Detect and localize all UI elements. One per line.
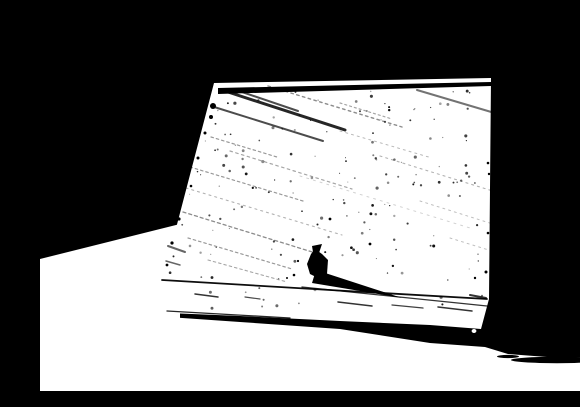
speckle [352, 248, 355, 251]
edge-nick [209, 115, 213, 119]
speckle [261, 160, 264, 163]
speckle [366, 110, 368, 112]
surface-fleck [485, 271, 488, 274]
speckle [477, 253, 479, 255]
edge-nick [488, 173, 490, 175]
speckle [278, 278, 279, 279]
speckle [409, 119, 411, 121]
speckle [341, 254, 343, 256]
speckle [290, 180, 292, 182]
speckle [350, 246, 353, 249]
speckle [388, 106, 390, 108]
speckle [301, 210, 303, 212]
speckle [293, 192, 294, 193]
speckle [375, 213, 378, 216]
surface-fleck [293, 274, 296, 277]
speckle [372, 132, 374, 134]
speckle [346, 215, 348, 217]
speckle [453, 91, 454, 92]
surface-fleck [474, 277, 476, 279]
speckle [199, 251, 201, 253]
speckle [358, 212, 359, 213]
speckle [214, 149, 216, 151]
surface-fleck [286, 277, 288, 279]
speckle [241, 206, 243, 208]
speckle [413, 182, 415, 184]
speckle [317, 99, 318, 100]
speckle [369, 229, 370, 230]
speckle [401, 272, 404, 275]
speckle [465, 164, 468, 167]
edge-nick [170, 241, 173, 244]
speckle [371, 141, 374, 144]
speckle [210, 254, 211, 255]
speckle [293, 260, 296, 263]
speckle [359, 110, 361, 112]
speckle [235, 145, 236, 146]
speckle [429, 137, 432, 140]
speckle [456, 181, 458, 183]
speckle [392, 265, 394, 267]
speckle [209, 291, 212, 294]
speckle [361, 232, 364, 235]
speckle [275, 304, 278, 307]
speckle [384, 121, 386, 123]
speckle [389, 205, 390, 206]
edge-nick [166, 264, 169, 267]
speckle [447, 279, 448, 280]
speckle [258, 140, 260, 142]
speckle [254, 88, 256, 90]
edge-nick [204, 132, 207, 135]
speckle [442, 137, 443, 138]
speckle [376, 187, 379, 190]
speckle [338, 278, 339, 279]
speckle [347, 182, 348, 183]
speckle [355, 100, 358, 103]
speckle [274, 179, 275, 180]
speckle [219, 185, 220, 186]
speckle [453, 182, 455, 184]
speckle [224, 134, 226, 136]
speckle [467, 108, 469, 110]
speckle [216, 247, 217, 248]
speckle [447, 194, 450, 197]
speckle [469, 92, 471, 94]
speckle [230, 133, 232, 135]
speckle [464, 134, 467, 137]
speckle [438, 181, 441, 184]
speckle [219, 218, 221, 220]
speckle [273, 240, 275, 242]
speckle [263, 299, 265, 301]
speckle [468, 175, 470, 177]
floor-shadow-lens-small [497, 355, 519, 358]
speckle [271, 126, 274, 129]
speckle [420, 184, 422, 186]
speckle [228, 170, 231, 173]
speckle [465, 172, 468, 175]
speckle [407, 223, 409, 225]
speckle [173, 255, 175, 257]
speckle [371, 204, 374, 207]
speckle [320, 217, 323, 220]
speckle [385, 173, 387, 175]
speckle [389, 124, 390, 125]
speckle [363, 221, 365, 223]
speckle [412, 183, 414, 185]
speckle [432, 244, 435, 247]
edge-nick [487, 232, 490, 235]
speckle [271, 249, 272, 250]
speckle [273, 116, 275, 118]
speckle [252, 187, 254, 189]
speckle [316, 223, 318, 225]
speckle [294, 129, 296, 131]
speckle [433, 235, 434, 236]
speckle [326, 131, 327, 132]
speckle [345, 160, 347, 162]
speckle [205, 140, 206, 141]
speckle [250, 89, 251, 90]
edge-nick [190, 185, 193, 188]
speckle [211, 307, 214, 310]
speckle [211, 276, 214, 279]
speckle [441, 303, 443, 305]
speckle [197, 171, 199, 173]
speckle [233, 208, 235, 210]
speckle [466, 140, 467, 141]
speckle [430, 245, 432, 247]
white-speck-in-shadow [472, 329, 477, 333]
speckle [439, 102, 442, 105]
speckle [311, 177, 314, 180]
speckle [393, 215, 395, 217]
speckle [397, 176, 399, 178]
speckle [222, 164, 225, 167]
speckle [281, 128, 283, 130]
speckle [393, 239, 395, 241]
speckle [433, 119, 434, 120]
edge-nick [210, 103, 216, 109]
speckle [384, 103, 385, 104]
speckle [200, 174, 201, 175]
edge-nick [487, 162, 490, 165]
speckle [413, 109, 414, 110]
speckle [478, 260, 479, 261]
edge-nick [177, 217, 180, 220]
speckle [339, 173, 340, 174]
photo-canvas [40, 16, 580, 391]
speckle [217, 110, 219, 112]
speckle [460, 179, 462, 181]
speckle [189, 194, 190, 195]
speckle [354, 177, 356, 179]
speckle [466, 90, 469, 93]
speckle [208, 214, 210, 216]
speckle [380, 119, 381, 120]
speckle [324, 251, 326, 253]
speckle [217, 149, 219, 151]
speckle [200, 276, 202, 278]
speckle [229, 228, 230, 229]
speckle [169, 271, 172, 274]
speckle [242, 165, 245, 168]
speckle [245, 173, 248, 176]
speckle [298, 114, 300, 116]
speckle [440, 296, 443, 299]
speckle [415, 174, 417, 176]
speckle [439, 166, 440, 167]
speckle [333, 199, 334, 200]
speckle [215, 123, 217, 125]
speckle [370, 95, 373, 98]
speckle [459, 195, 461, 197]
binarized-photo [40, 16, 580, 391]
speckle [393, 158, 396, 161]
speckle [356, 251, 359, 254]
speckle [387, 272, 388, 273]
speckle [384, 204, 385, 205]
speckle [225, 154, 228, 157]
speckle [476, 224, 478, 226]
speckle [314, 156, 315, 157]
speckle [261, 306, 263, 308]
speckle [481, 295, 483, 297]
speckle [388, 109, 390, 111]
speckle [233, 102, 236, 105]
speckle [258, 287, 260, 289]
speckle [189, 245, 192, 248]
speckle [298, 303, 300, 305]
speckle [181, 224, 183, 226]
speckle [327, 236, 329, 238]
speckle [295, 91, 297, 93]
speckle [446, 103, 449, 106]
speckle [343, 202, 345, 204]
speckle [414, 156, 417, 159]
speckle [290, 153, 293, 156]
speckle [313, 288, 316, 291]
speckle [280, 254, 282, 256]
speckle [234, 90, 235, 91]
speckle [257, 99, 259, 101]
speckle [212, 230, 213, 231]
edge-nick [197, 157, 200, 160]
speckle [395, 249, 397, 251]
speckle [345, 157, 346, 158]
speckle [242, 149, 245, 152]
speckle [310, 120, 311, 121]
speckle [241, 158, 243, 160]
speckle [375, 157, 377, 159]
surface-fleck [329, 218, 332, 221]
surface-fleck [369, 243, 372, 246]
speckle [376, 258, 377, 259]
speckle [227, 102, 229, 104]
speckle [369, 212, 372, 215]
speckle [255, 187, 257, 189]
speckle [372, 154, 374, 156]
speckle [245, 291, 247, 293]
surface-fleck [297, 260, 299, 262]
speckle [401, 162, 402, 163]
speckle [292, 238, 295, 241]
speckle [387, 181, 390, 184]
speckle [474, 182, 476, 184]
speckle [370, 91, 372, 93]
speckle [430, 107, 431, 108]
speckle [469, 268, 470, 269]
speckle [268, 191, 270, 193]
speckle [343, 199, 345, 201]
